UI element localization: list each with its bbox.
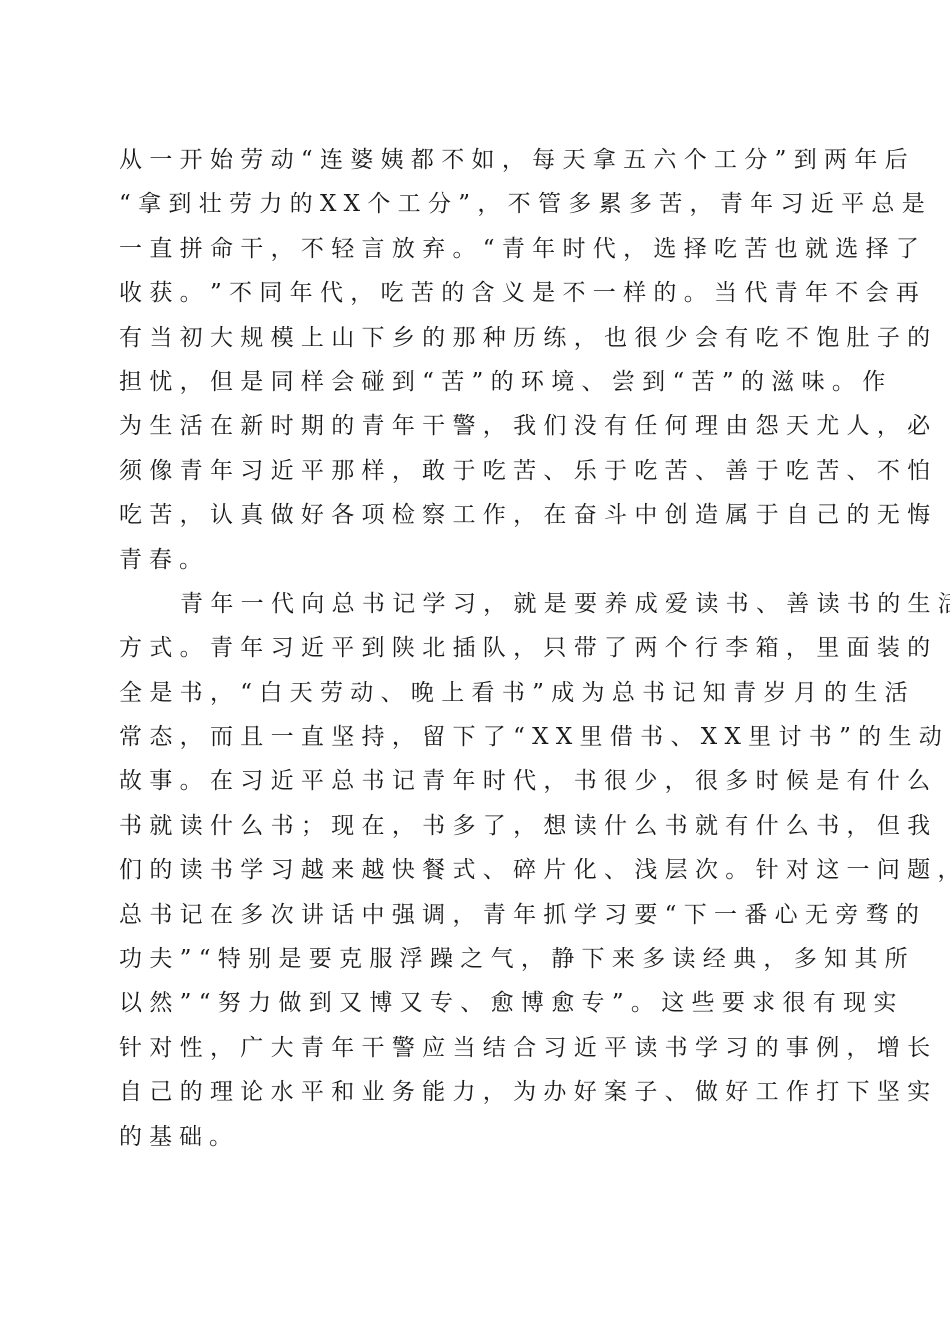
text-line: 从 一 开 始 劳 动 “ 连 婆 姨 都 不 如 ， 每 天 拿 五 六 个 … xyxy=(119,142,823,186)
text-line: 功 夫 ” “ 特 别 是 要 克 服 浮 躁 之 气 ， 静 下 来 多 读 … xyxy=(119,941,823,985)
text-line: 针 对 性 ， 广 大 青 年 干 警 应 当 结 合 习 近 平 读 书 学 … xyxy=(119,1030,823,1074)
text-line: 须 像 青 年 习 近 平 那 样 ， 敢 于 吃 苦 、 乐 于 吃 苦 、 … xyxy=(119,453,823,497)
text-line: 自 己 的 理 论 水 平 和 业 务 能 力 ， 为 办 好 案 子 、 做 … xyxy=(119,1074,823,1118)
text-line: 全 是 书 ， “ 白 天 劳 动 、 晚 上 看 书 ” 成 为 总 书 记 … xyxy=(119,675,823,719)
text-line: 为 生 活 在 新 时 期 的 青 年 干 警 ， 我 们 没 有 任 何 理 … xyxy=(119,408,823,452)
text-line: 常 态 ， 而 且 一 直 坚 持 ， 留 下 了 “ X X 里 借 书 、 … xyxy=(119,719,823,763)
text-line: 一 直 拼 命 干 ， 不 轻 言 放 弃 。 “ 青 年 时 代 ， 选 择 … xyxy=(119,231,823,275)
paragraph-1: 从 一 开 始 劳 动 “ 连 婆 姨 都 不 如 ， 每 天 拿 五 六 个 … xyxy=(119,142,823,586)
text-line: 收 获 。 ” 不 同 年 代 ， 吃 苦 的 含 义 是 不 一 样 的 。 … xyxy=(119,275,823,319)
text-line: 担 忧 ， 但 是 同 样 会 碰 到 “ 苦 ” 的 环 境 、 尝 到 “ … xyxy=(119,364,823,408)
text-line: 的基础。 xyxy=(119,1119,823,1163)
document-page: 从 一 开 始 劳 动 “ 连 婆 姨 都 不 如 ， 每 天 拿 五 六 个 … xyxy=(0,0,950,1344)
text-line: 总 书 记 在 多 次 讲 话 中 强 调 ， 青 年 抓 学 习 要 “ 下 … xyxy=(119,897,823,941)
text-line: 们 的 读 书 学 习 越 来 越 快 餐 式 、 碎 片 化 、 浅 层 次 … xyxy=(119,852,823,896)
text-line: 故 事 。 在 习 近 平 总 书 记 青 年 时 代 ， 书 很 少 ， 很 … xyxy=(119,763,823,807)
text-line: 青 年 一 代 向 总 书 记 学 习 ， 就 是 要 养 成 爱 读 书 、 … xyxy=(119,586,823,630)
text-line: 以 然 ” “ 努 力 做 到 又 博 又 专 、 愈 博 愈 专 ” 。 这 … xyxy=(119,985,823,1029)
text-line: 青春。 xyxy=(119,542,823,586)
text-line: “ 拿 到 壮 劳 力 的 X X 个 工 分 ” ， 不 管 多 累 多 苦 … xyxy=(119,186,823,230)
text-line: 有 当 初 大 规 模 上 山 下 乡 的 那 种 历 练 ， 也 很 少 会 … xyxy=(119,320,823,364)
paragraph-2: 青 年 一 代 向 总 书 记 学 习 ， 就 是 要 养 成 爱 读 书 、 … xyxy=(119,586,823,1163)
text-line: 书 就 读 什 么 书 ； 现 在 ， 书 多 了 ， 想 读 什 么 书 就 … xyxy=(119,808,823,852)
text-line: 方 式 。 青 年 习 近 平 到 陕 北 插 队 ， 只 带 了 两 个 行 … xyxy=(119,630,823,674)
body-text: 从 一 开 始 劳 动 “ 连 婆 姨 都 不 如 ， 每 天 拿 五 六 个 … xyxy=(119,142,823,1163)
text-line: 吃 苦 ， 认 真 做 好 各 项 检 察 工 作 ， 在 奋 斗 中 创 造 … xyxy=(119,497,823,541)
